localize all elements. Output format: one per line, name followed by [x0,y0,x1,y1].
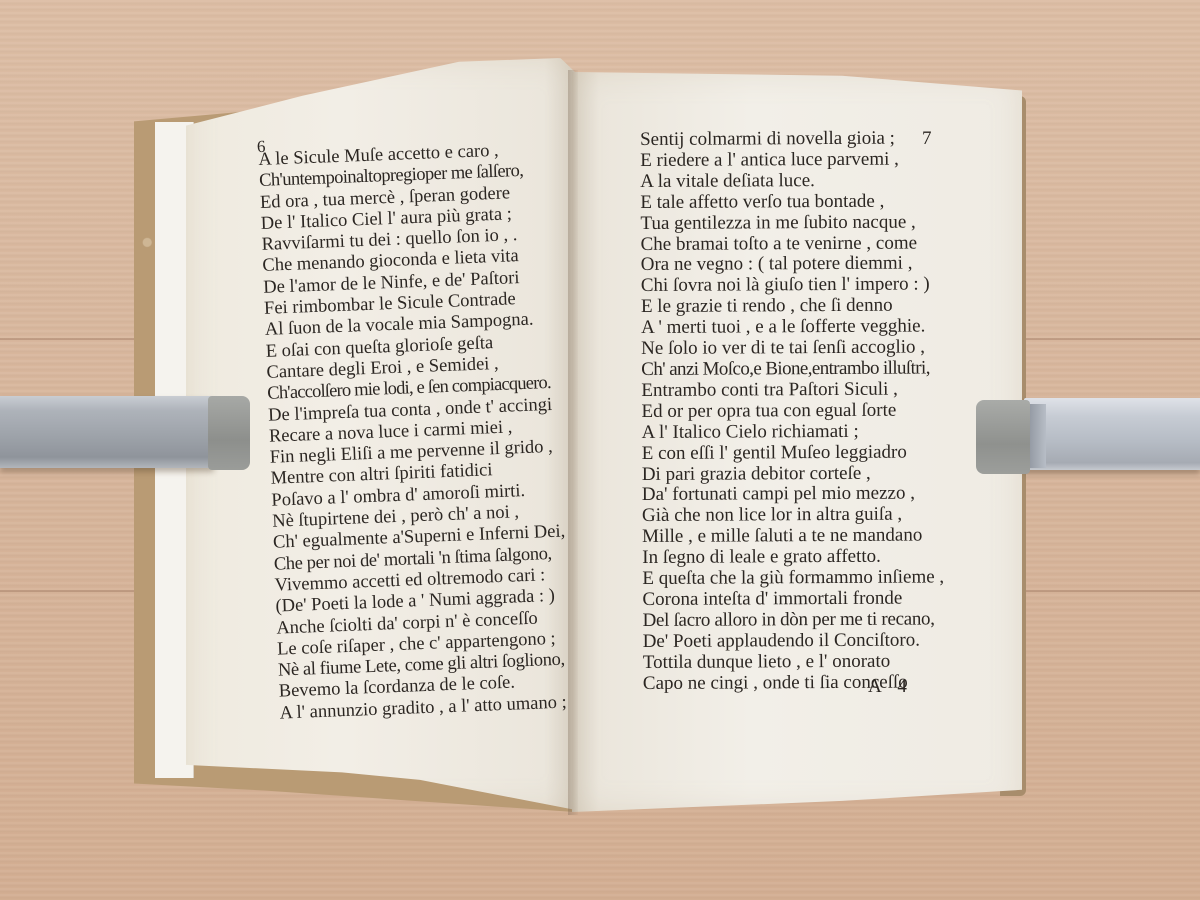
verse-line: De' Poeti applaudendo il Conciſtoro. [643,630,963,653]
left-weight-end-cap [208,396,250,470]
verse-line: Sentij colmarmi di novella gioia ; [640,128,960,151]
verse-line: Ed or per opra tua con egual ſorte [641,400,961,423]
verse-line: Da' fortunati campi pel mio mezzo , [642,484,962,507]
verse-line: E riedere a l' antica luce parvemi , [640,149,960,172]
verse-line: Entrambo conti tra Paſtori Siculi , [641,379,961,402]
signature-mark: A 4 [868,676,913,698]
verse-line: Corona inteſta d' immortali fronde [642,588,962,611]
verse-line: Che bramai toſto a te venirne , come [641,233,961,256]
verse-line: E con eſſi l' gentil Muſeo leggiadro [642,442,962,465]
verse-line: Chi ſovra noi là giuſo tien l' impero : … [641,275,961,298]
verse-line: Ch' anzi Moſco,e Bione,entrambo illuſtri… [641,358,961,381]
verse-line: A la vitale deſiata luce. [640,170,960,193]
verse-line: Tottila dunque lieto , e l' onorato [643,651,963,674]
verse-line: E queſta che la giù formammo inſieme , [642,567,962,590]
right-weight-end-cap [976,400,1030,474]
verse-line: Mille , e mille ſaluti a te ne mandano [642,526,962,549]
verse-line: Del ſacro alloro in dòn per me ti recano… [643,609,963,632]
left-metal-weight-bar[interactable] [0,396,214,468]
right-page-text: Sentij colmarmi di novella gioia ; E rie… [640,128,963,694]
verse-line: Capo ne cingi , onde ti ſia conceſſo [643,672,963,695]
verse-line: Tua gentilezza in me ſubito nacque , [640,212,960,235]
verse-line: A l' Italico Cielo richiamati ; [642,421,962,444]
verse-line: E tale affetto verſo tua bontade , [640,191,960,214]
right-metal-weight-bar[interactable] [1024,398,1200,470]
left-page-text: A le Sicule Muſe accetto e caro , Ch'unt… [258,138,580,724]
